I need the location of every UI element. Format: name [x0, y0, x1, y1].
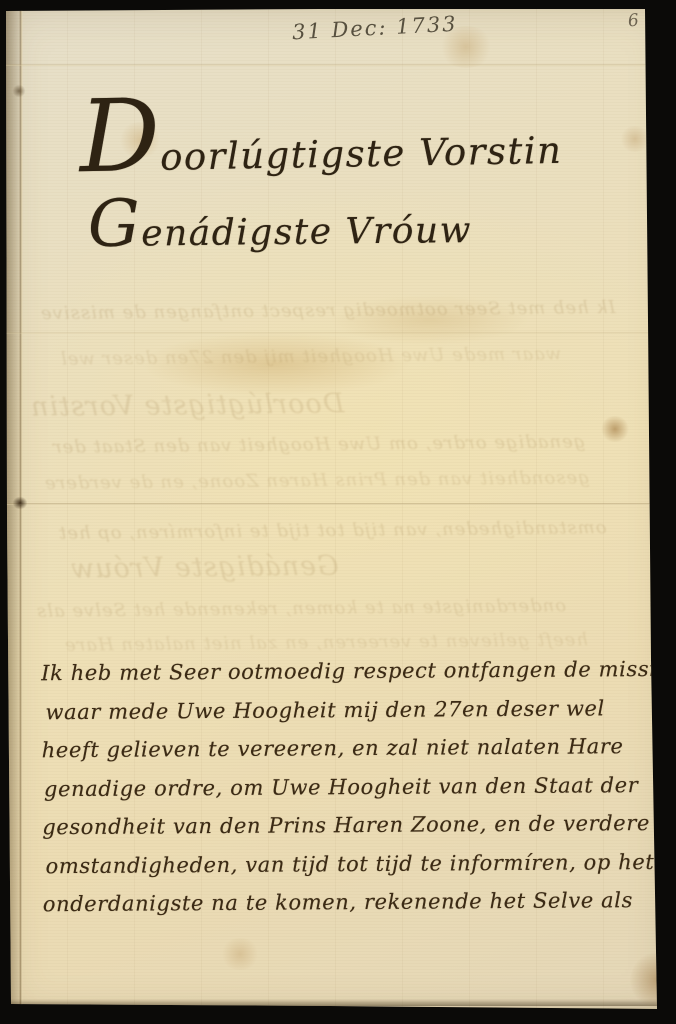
bottom-edge-shadow [8, 999, 658, 1006]
bleedthrough-line: omstandigheden, van tijd tot tijd te inf… [58, 517, 607, 544]
paper-stain [600, 416, 630, 442]
bleedthrough-line: gesondheit van den Prins Haren Zoone, en… [44, 467, 590, 494]
bleedthrough-line: Genádigste Vróuw [70, 551, 339, 585]
body-line-4: genadige ordre, om Uwe Hoogheit van den … [44, 765, 676, 808]
body-line-3: heeft gelieven te vereeren, en zal niet … [42, 727, 676, 770]
letter-page: Ik heb met Seer ootmoedig respect ontfan… [0, 0, 676, 1024]
paper-stain [620, 126, 650, 152]
bleedthrough-line: waar mede Uwe Hoogheit mij den 27en dese… [60, 343, 562, 369]
letter-body: Ik heb met Seer ootmoedig respect ontfan… [41, 650, 676, 924]
body-line-1: Ik heb met Seer ootmoedig respect ontfan… [41, 650, 676, 693]
body-line-7: onderdanigste na te komen, rekenende het… [43, 881, 676, 924]
bleedthrough-line: Ik heb met Seer ootmoedig respect ontfan… [40, 297, 616, 324]
bleedthrough-line: Doorlúgtigste Vorstin [30, 388, 345, 422]
body-line-5: gesondheit van den Prins Haren Zoone, en… [42, 804, 676, 847]
upper-fold-crease [6, 332, 648, 334]
top-fold-crease [6, 64, 646, 66]
salutation-line-1: Doorlúgtigste Vorstin [80, 124, 563, 180]
left-edge-shadow [5, 0, 20, 1024]
body-line-2: waar mede Uwe Hoogheit mij den 27en dese… [45, 688, 676, 731]
date-annotation: 31 Dec: 1733 [291, 12, 458, 45]
salutation-line-2: Genádigste Vróuw [88, 210, 472, 255]
body-line-6: omstandigheden, van tijd tot tijd te inf… [45, 842, 676, 885]
vertical-fold-crease [19, 0, 23, 1024]
bleedthrough-line: genadige ordre, om Uwe Hoogheit van den … [52, 431, 585, 458]
page-number: 6 [627, 10, 640, 31]
paper-stain [220, 938, 260, 970]
scan-background: { "page": { "archival_date_annotation": … [0, 0, 676, 1024]
fold-intersection-mark [12, 496, 28, 510]
bleedthrough-line: onderdanigste na te komen, rekenende het… [36, 595, 566, 622]
center-fold-crease [6, 503, 654, 505]
